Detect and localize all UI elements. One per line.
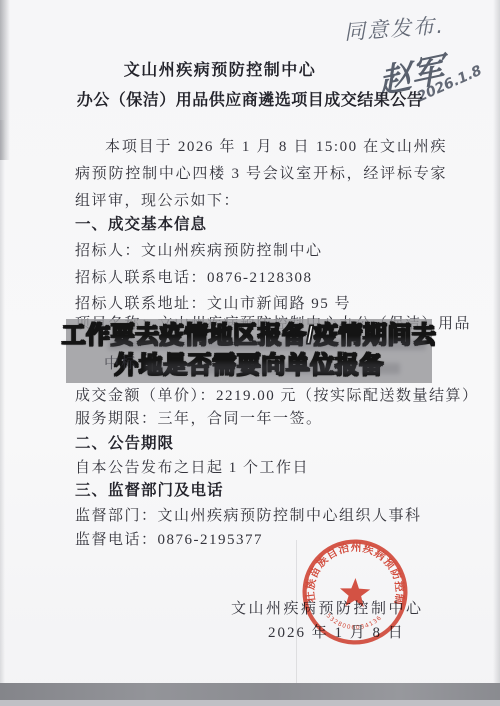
- document-title-line2: 办公（保洁）用品供应商遴选项目成交结果公告: [0, 87, 500, 110]
- document-photo: 同意发布. 赵军 2026.1.8 文山州疾病预防控制中心 办公（保洁）用品供应…: [0, 0, 500, 706]
- seal-star-icon: [339, 577, 370, 607]
- section1-heading: 一、成交基本信息: [75, 212, 455, 234]
- obscured-text-smudge-1: [108, 339, 426, 350]
- photo-edge-left-soft: [0, 120, 5, 706]
- official-seal-stamp-icon: 文山壮族苗族自治州疾病预防控制中心 5328006034136: [297, 534, 413, 650]
- document-title-line1: 文山州疾病预防控制中心: [0, 57, 440, 80]
- field-bidder: 招标人：文山州疾病预防控制中心: [75, 239, 455, 260]
- field-supervision-dept: 监督部门：文山州疾病预防控制中心组织人事科: [75, 504, 455, 525]
- field-bidder-phone: 招标人联系电话：0876-2128308: [75, 266, 455, 287]
- handwritten-approval: 同意发布.: [343, 10, 446, 47]
- section2-heading: 二、公告期限: [75, 431, 455, 453]
- field-winner-fragment: 中标: [104, 352, 138, 373]
- photo-bottom-band-light: [0, 700, 500, 706]
- seal-serial-number: 5328006034136: [324, 613, 384, 632]
- intro-paragraph: 本项目于 2026 年 1 月 8 日 15:00 在文山州疾病预防控制中心四楼…: [75, 134, 447, 215]
- field-service-term: 服务期限：三年，合同一年一签。: [75, 407, 455, 428]
- svg-text:5328006034136: 5328006034136: [324, 613, 384, 632]
- photo-bottom-band: [0, 683, 500, 700]
- field-deal-amount: 成交金额（单价）：2219.00 元（按实际配送数量结算）: [75, 384, 455, 405]
- obscured-text-smudge-2: [145, 363, 400, 374]
- section3-heading: 三、监督部门及电话: [75, 478, 455, 500]
- field-bidder-address: 招标人联系地址：文山市新闻路 95 号: [75, 292, 455, 313]
- section2-body: 自本公告发布之日起 1 个工作日: [75, 456, 455, 477]
